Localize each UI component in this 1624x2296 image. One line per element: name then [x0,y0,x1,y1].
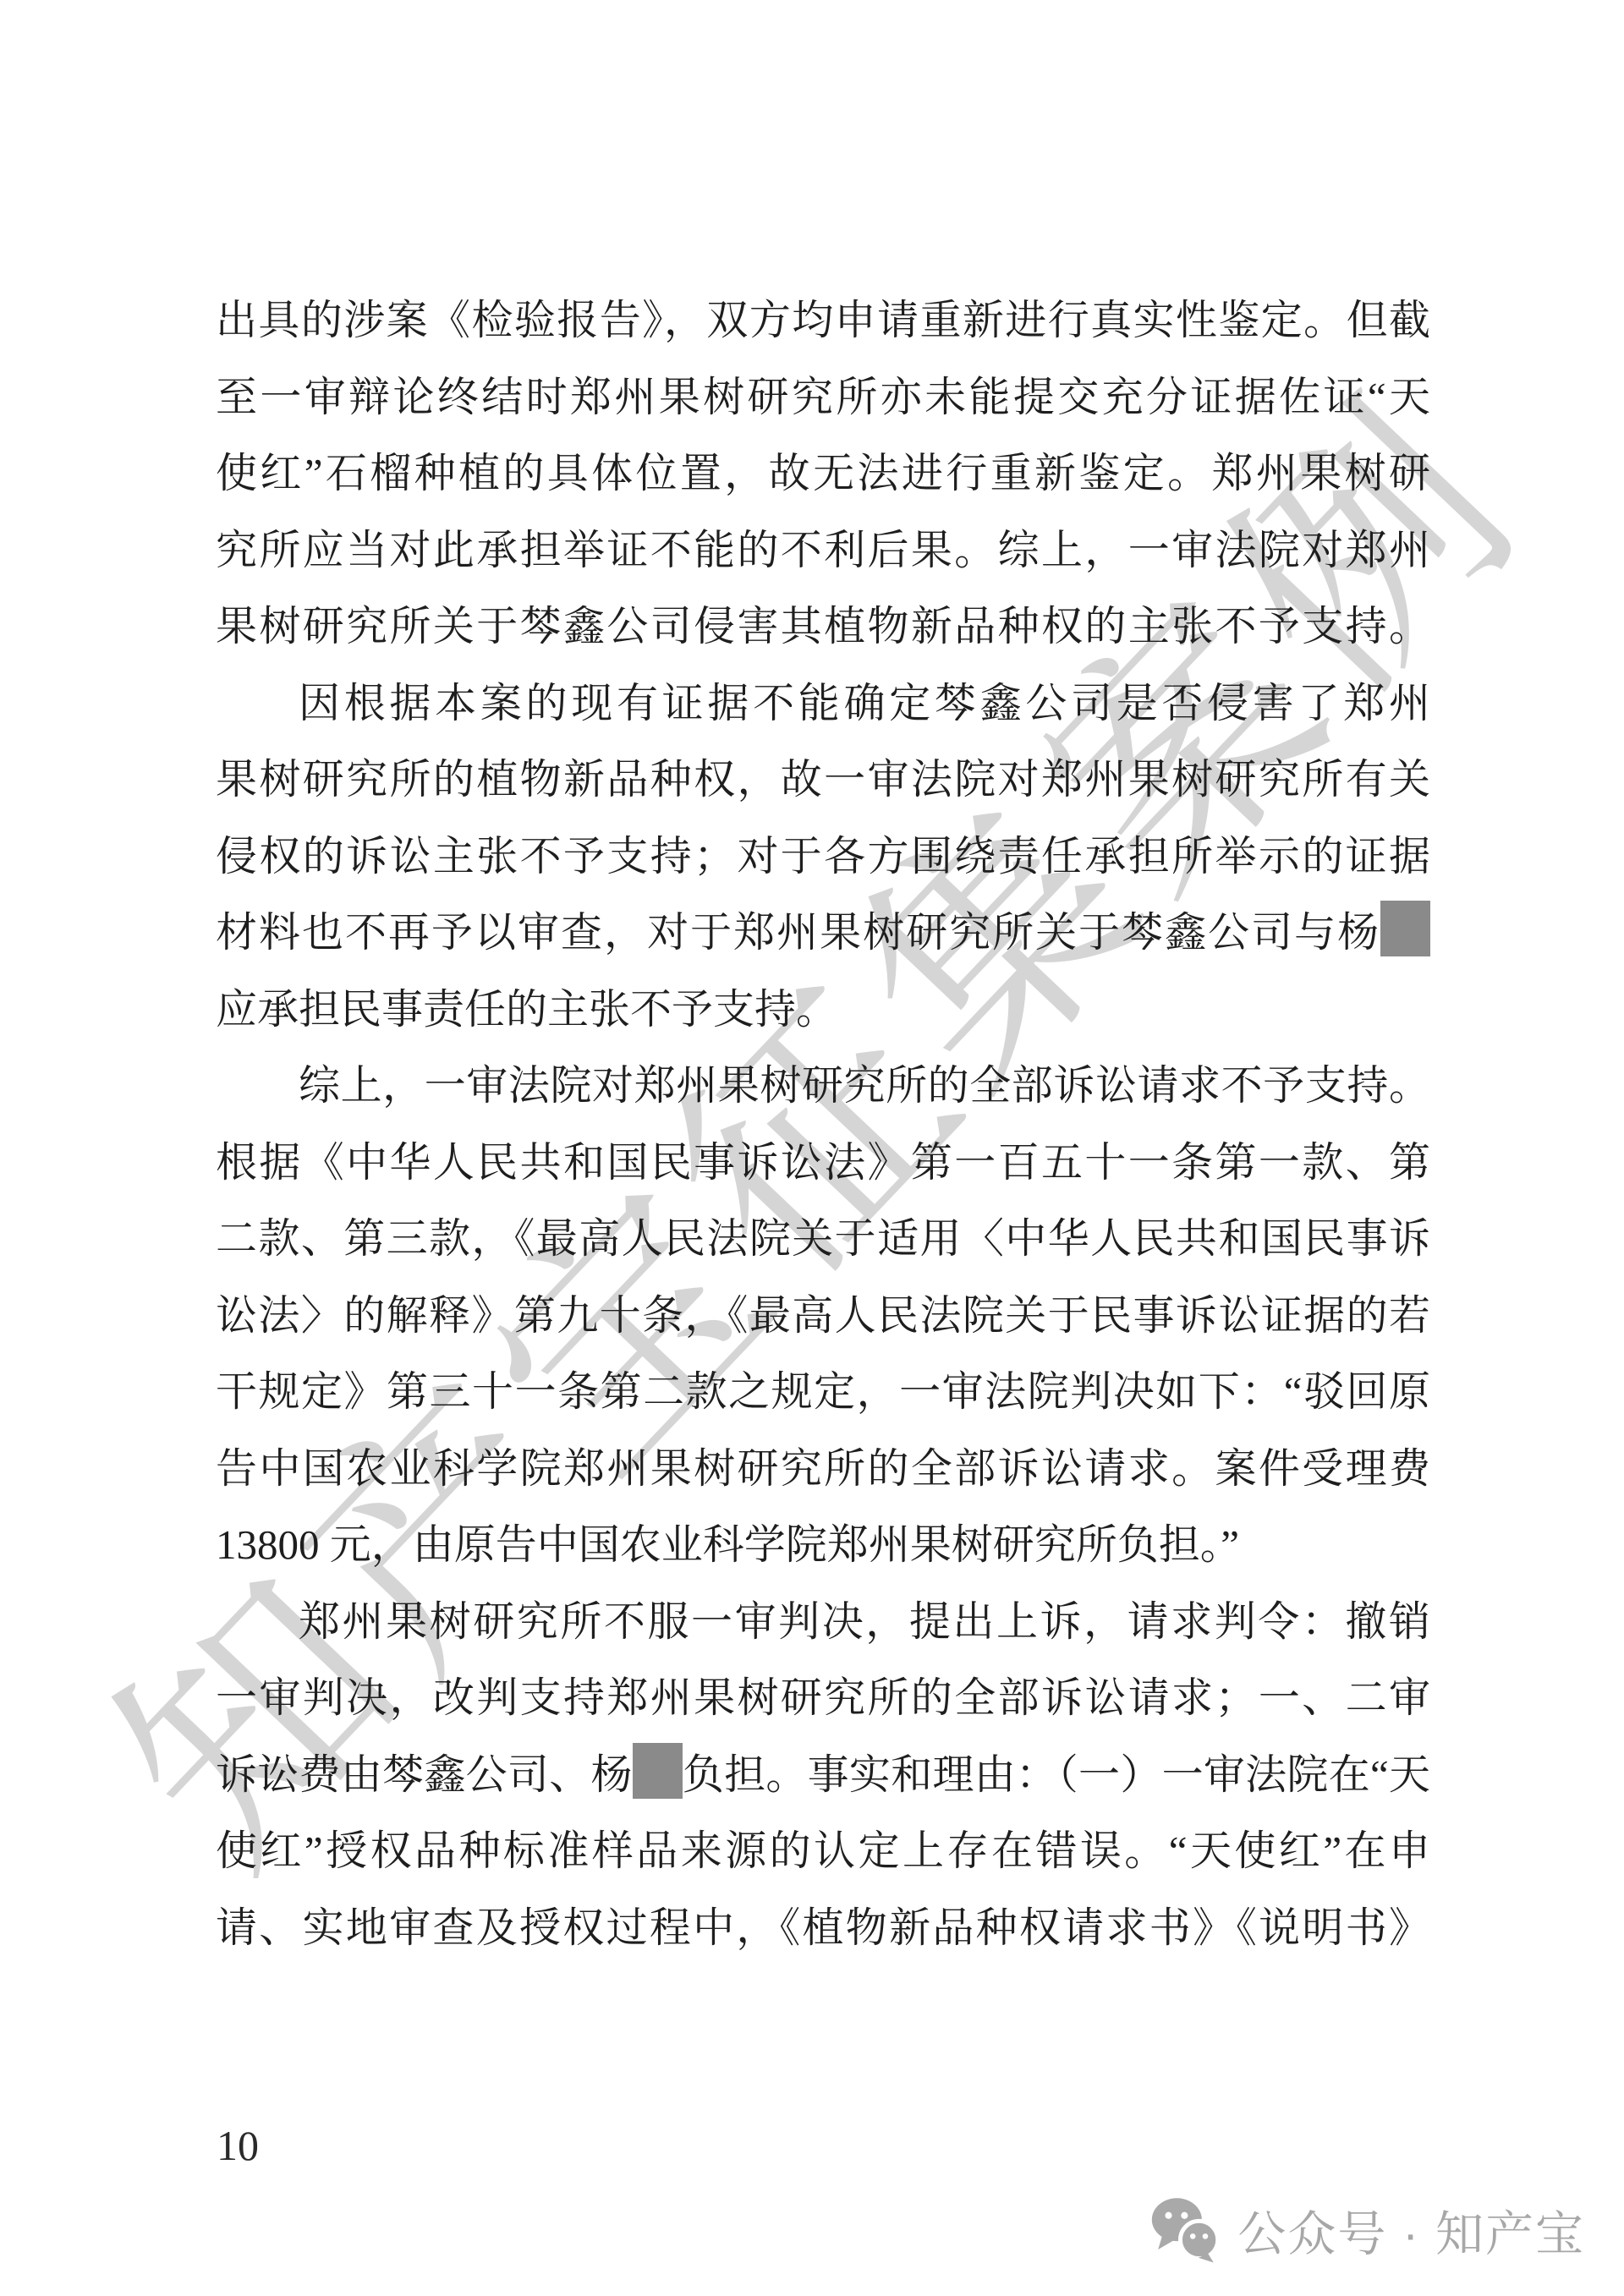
redaction-block [633,1743,683,1799]
text-line: 诉讼费由棽鑫公司、杨负担。事实和理由：（一）一审法院在“天 [216,1737,1430,1814]
footer: 公众号 · 知产宝 [1151,2195,1585,2265]
footer-label: 公众号 · 知产宝 [1237,2195,1585,2265]
text-line: 出具的涉案《检验报告》，双方均申请重新进行真实性鉴定。但截 [216,282,1430,359]
wechat-icon [1151,2196,1221,2264]
text-line: 根据《中华人民共和国民事诉讼法》第一百五十一条第一款、第 [216,1125,1430,1202]
text-line: 材料也不再予以审查，对于郑州果树研究所关于棽鑫公司与杨 [216,895,1430,972]
text-line: 郑州果树研究所不服一审判决，提出上诉，请求判令：撤销 [216,1584,1430,1661]
text-line: 二款、第三款，《最高人民法院关于适用〈中华人民共和国民事诉 [216,1201,1430,1278]
text-line: 应承担民事责任的主张不予支持。 [216,972,1430,1049]
text-line: 侵权的诉讼主张不予支持；对于各方围绕责任承担所举示的证据 [216,819,1430,896]
text-line: 果树研究所的植物新品种权，故一审法院对郑州果树研究所有关 [216,742,1430,819]
page-number: 10 [217,2121,259,2170]
text-line: 13800 元，由原告中国农业科学院郑州果树研究所负担。” [216,1507,1430,1584]
text-line: 究所应当对此承担举证不能的不利后果。综上，一审法院对郑州 [216,512,1430,589]
text-line: 至一审辩论终结时郑州果树研究所亦未能提交充分证据佐证“天 [216,359,1430,436]
text-line: 请、实地审查及授权过程中，《植物新品种权请求书》《说明书》 [216,1890,1430,1967]
text-line: 干规定》第三十一条第二款之规定，一审法院判决如下：“驳回原 [216,1354,1430,1431]
text-line: 果树研究所关于棽鑫公司侵害其植物新品种权的主张不予支持。 [216,589,1430,666]
text-line: 使红”授权品种标准样品来源的认定上存在错误。“天使红”在申 [216,1813,1430,1890]
text-line: 综上，一审法院对郑州果树研究所的全部诉讼请求不予支持。 [216,1048,1430,1125]
text-line: 告中国农业科学院郑州果树研究所的全部诉讼请求。案件受理费 [216,1431,1430,1508]
text-line: 一审判决，改判支持郑州果树研究所的全部诉讼请求；一、二审 [216,1660,1430,1737]
judgment-text: 出具的涉案《检验报告》，双方均申请重新进行真实性鉴定。但截至一审辩论终结时郑州果… [216,282,1430,1966]
text-line: 讼法〉的解释》第九十条，《最高人民法院关于民事诉讼证据的若 [216,1278,1430,1355]
redaction-block [1380,901,1430,956]
document-page: 知产宝征集案例 出具的涉案《检验报告》，双方均申请重新进行真实性鉴定。但截至一审… [0,0,1624,2296]
text-line: 因根据本案的现有证据不能确定棽鑫公司是否侵害了郑州 [216,666,1430,743]
text-line: 使红”石榴种植的具体位置，故无法进行重新鉴定。郑州果树研 [216,436,1430,512]
